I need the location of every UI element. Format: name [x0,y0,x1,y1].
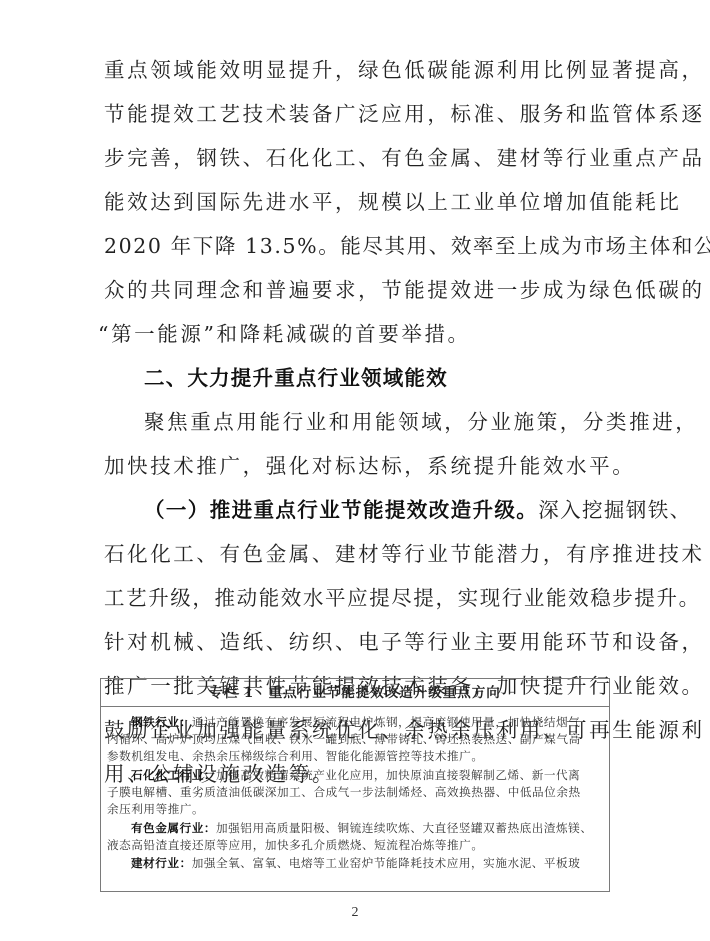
box-entry-line: 建材行业：加强全氧、富氧、电熔等工业窑炉节能降耗技术应用，实施水泥、平板玻 [131,856,631,871]
paragraph-line: 节能提效工艺技术装备广泛应用，标准、服务和监管体系逐 [104,102,609,126]
paragraph-line: 步完善，钢铁、石化化工、有色金属、建材等行业重点产品 [104,146,609,170]
paragraph-line: 石化化工、有色金属、建材等行业节能潜力，有序推进技术 [104,542,609,566]
paragraph-line: 针对机械、造纸、纺织、电子等行业主要用能环节和设备， [104,630,609,654]
box-entry-line: 石化化工行业：加强高效精馏系统产业化应用，加快原油直接裂解制乙烯、新一代离 [131,768,631,783]
sidebar-box-column-1: 专栏 1 重点行业节能提效改造升级重点方向 钢铁行业：通过产能置换有序发展短流程… [100,678,610,892]
entry-label: 石化化工行业： [131,768,216,782]
box-entry-line: 液态高铅渣直接还原等应用，加快多孔介质燃烧、短流程冶炼等推广。 [107,838,607,853]
paragraph-lead-line: （一）推进重点行业节能提效改造升级。深入挖掘钢铁、 [144,498,649,522]
box-entry-line: 钢铁行业：通过产能置换有序发展短流程电炉炼钢，提高废钢使用量，加快烧结烟气 [131,715,631,730]
entry-text: 加强全氧、富氧、电熔等工业窑炉节能降耗技术应用，实施水泥、平板玻 [192,856,581,870]
paragraph-line: “第一能源”和降耗减碳的首要举措。 [98,322,603,346]
paragraph-line: 众的共同理念和普遍要求，节能提效进一步成为绿色低碳的 [104,278,609,302]
paragraph-line: 聚焦重点用能行业和用能领域，分业施策，分类推进， [144,410,649,434]
box-entry-line: 有色金属行业：加强铝用高质量阳极、铜锍连续吹炼、大直径竖罐双蓄热底出渣炼镁、 [131,821,631,836]
box-entry-line: 内循环、高炉炉顶均压煤气回收、铁水一罐到底、薄带铸轧、铸坯热装热送、副产煤气高 [107,732,607,747]
entry-text: 加强高效精馏系统产业化应用，加快原油直接裂解制乙烯、新一代离 [216,768,580,782]
paragraph-line: 工艺升级，推动能效水平应提尽提，实现行业能效稳步提升。 [104,586,609,610]
paragraph-line: 能效达到国际先进水平，规模以上工业单位增加值能耗比 [104,190,609,214]
paragraph-line: 加快技术推广，强化对标达标，系统提升能效水平。 [104,454,609,478]
box-entry-line: 参数机组发电、余热余压梯级综合利用、智能化能源管控等技术推广。 [107,749,607,764]
entry-label: 钢铁行业： [131,715,192,729]
entry-label: 建材行业： [131,856,192,870]
box-title: 专栏 1 重点行业节能提效改造升级重点方向 [101,679,609,707]
entry-text: 加强铝用高质量阳极、铜锍连续吹炼、大直径竖罐双蓄热底出渣炼镁、 [216,821,592,835]
entry-label: 有色金属行业： [131,821,216,835]
box-entry-line: 子膜电解槽、重劣质渣油低碳深加工、合成气一步法制烯烃、高效换热器、中低品位余热 [107,785,607,800]
paragraph-text: 深入挖掘钢铁、 [538,498,691,522]
subsection-heading: （一）推进重点行业节能提效改造升级。 [144,498,538,522]
section-heading: 二、大力提升重点行业领域能效 [144,366,649,390]
paragraph-line: 重点领域能效明显提升，绿色低碳能源利用比例显著提高， [104,58,609,82]
entry-text: 通过产能置换有序发展短流程电炉炼钢，提高废钢使用量，加快烧结烟气 [192,715,581,729]
box-entry-line: 余压利用等推广。 [107,802,607,817]
paragraph-line: 2020 年下降 13.5%。能尽其用、效率至上成为市场主体和公 [104,234,609,258]
page-number: 2 [0,905,710,921]
